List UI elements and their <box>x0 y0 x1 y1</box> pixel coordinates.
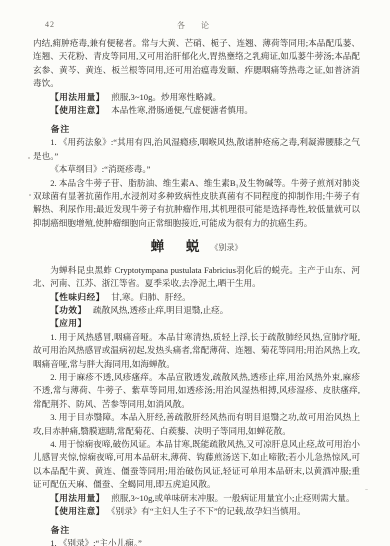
entry-description: 为蝉科昆虫黑蚱 Cryptotympana pustulata Fabriciu… <box>33 264 360 291</box>
dosage-text: 煎服,3~10g,或单味研末冲服。一般病证用量宜小;止痉则需大量。 <box>111 493 354 503</box>
entry-property-line: 【性味归经】甘,寒。归肺、肝经。 <box>33 291 360 304</box>
entry-function-line: 【功效】疏散风热,透疹止痒,明目退翳,止痉。 <box>33 304 360 317</box>
dosage-text: 煎服,3~10g。炒用寒性略减。 <box>111 92 221 102</box>
prev-dosage-line: 【用法用量】煎服,3~10g。炒用寒性略减。 <box>33 91 360 104</box>
caution-label: 【使用注意】 <box>50 506 105 516</box>
scan-speck <box>28 157 30 159</box>
scan-speck <box>29 194 31 196</box>
prev-note-1b: 《本草纲目》:“消斑疹毒。” <box>33 163 360 176</box>
entry-source-tag: 《别录》 <box>210 243 242 252</box>
scan-speck <box>365 489 368 491</box>
prev-caution-line: 【使用注意】本品性寒,滑肠通便,气虚便溏者慎用。 <box>33 104 360 117</box>
prev-entry-continuation: 内结,痈肿疮毒,兼有便秘者。常与大黄、芒硝、栀子、连翘、薄荷等同用;本品配瓜蒌、… <box>33 37 360 91</box>
entry-caution-line: 【使用注意】《别录》有“主妇人生子不下”的记载,故孕妇当慎用。 <box>33 505 360 518</box>
function-text: 疏散风热,透疹止痒,明目退翳,止痉。 <box>93 305 228 315</box>
caution-text: 本品性寒,滑肠通便,气虚便溏者慎用。 <box>111 105 253 115</box>
entry-notes-heading: 备注 <box>33 524 360 537</box>
entry-title: 蝉 蜕 <box>151 239 209 254</box>
application-item: 3. 用于目赤翳障。本品入肝经,善疏散肝经风热而有明目退翳之功,故可用治风热上攻… <box>33 411 360 438</box>
application-item: 4. 用于惊痫夜啼,破伤风证。本品甘寒,既能疏散风热,又可凉肝息风止痉,故可用治… <box>33 438 360 492</box>
entry-application-heading: 【应用】 <box>33 317 360 330</box>
prev-note-1: 1. 《用药法象》:“其用有四,治风湿瘾疹,咽喉风热,散诸肿疮疡之毒,利凝滞腰膝… <box>33 136 360 163</box>
entry-dosage-line: 【用法用量】煎服,3~10g,或单味研末冲服。一般病证用量宜小;止痉则需大量。 <box>33 492 360 505</box>
running-header-title: 各 论 <box>33 20 360 31</box>
function-label: 【功效】 <box>50 305 86 315</box>
property-text: 甘,寒。归肺、肝经。 <box>111 292 191 302</box>
caution-text: 《别录》有“主妇人生子不下”的记载,故孕妇当慎用。 <box>111 506 306 516</box>
scanned-book-page: 42 各 论 内结,痈肿疮毒,兼有便秘者。常与大黄、芒硝、栀子、连翘、薄荷等同用… <box>0 0 390 546</box>
dosage-label: 【用法用量】 <box>50 493 105 503</box>
caution-label: 【使用注意】 <box>50 105 105 115</box>
running-header: 42 各 论 <box>33 20 360 32</box>
application-item: 2. 用于麻疹不透,风疹瘙痒。本品宣散透发,疏散风热,透疹止痒,用治风热外束,麻… <box>33 371 360 411</box>
application-label: 【应用】 <box>50 318 86 328</box>
entry-note-1: 1. 《别录》:“主小儿痫。” <box>33 537 360 546</box>
application-item: 1. 用于风热感冒,咽痛音哑。本品甘寒清热,质轻上浮,长于疏散肺经风热,宣肺疗哑… <box>33 331 360 371</box>
property-label: 【性味归经】 <box>50 292 105 302</box>
prev-notes-heading: 备注 <box>33 123 360 136</box>
prev-note-2: 2. 本品含牛蒡子苷、脂肪油、维生素A、维生素B₁及生物碱等。牛蒡子煎剂对肺炎双… <box>33 177 360 231</box>
text-block: 内结,痈肿疮毒,兼有便秘者。常与大黄、芒硝、栀子、连翘、薄荷等同用;本品配瓜蒌、… <box>33 37 360 546</box>
dosage-label: 【用法用量】 <box>50 92 105 102</box>
entry-title-row: 蝉 蜕《别录》 <box>33 240 360 255</box>
